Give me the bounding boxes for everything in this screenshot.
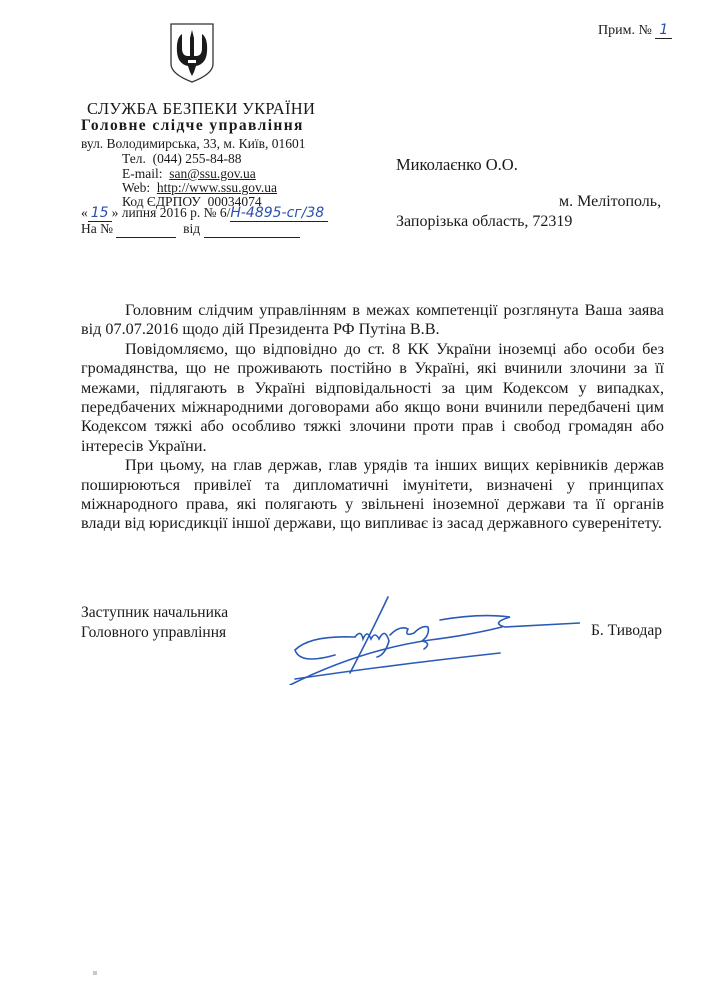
title-line-1: Заступник начальника: [81, 603, 228, 623]
reply-to-blank: [116, 221, 176, 238]
letter-body: Головним слідчим управлінням в межах ком…: [81, 301, 664, 534]
reference-number: Прим. № 1: [598, 22, 672, 39]
phone-line: Тел. (044) 255-84-88: [122, 151, 241, 167]
date-day: 15: [88, 205, 112, 222]
reply-from-blank: [204, 221, 300, 238]
organization-address: вул. Володимирська, 33, м. Київ, 01601: [81, 136, 305, 152]
trident-emblem-icon: [168, 22, 216, 84]
signatory-name: Б. Тиводар: [591, 622, 662, 640]
paragraph: Головним слідчим управлінням в межах ком…: [81, 301, 664, 340]
paragraph: Повідомляємо, що відповідно до ст. 8 КК …: [81, 340, 664, 456]
organization-name: СЛУЖБА БЕЗПЕКИ УКРАЇНИ: [87, 99, 315, 119]
reference-label: Прим. №: [598, 23, 652, 38]
email-link[interactable]: san@ssu.gov.ua: [169, 166, 256, 181]
signatory-title: Заступник начальника Головного управлінн…: [81, 603, 228, 643]
reply-to-label: На №: [81, 221, 113, 236]
reply-from-label: від: [183, 221, 200, 236]
reference-value: 1: [655, 22, 672, 39]
quote-close: »: [112, 205, 119, 220]
recipient-region: Запорізька область, 72319: [396, 213, 572, 231]
phone-number: (044) 255-84-88: [153, 151, 242, 166]
department-name: Головне слідче управління: [81, 117, 304, 135]
outgoing-date-line: «15» липня 2016 р. № 6/Н-4895-сг/38: [81, 205, 328, 222]
recipient-name: Миколаєнко О.О.: [396, 155, 518, 175]
title-line-2: Головного управління: [81, 623, 228, 643]
email-label: E-mail:: [122, 166, 163, 181]
outgoing-number: Н-4895-сг/38: [230, 205, 328, 222]
recipient-city: м. Мелітополь,: [559, 193, 661, 211]
paragraph: При цьому, на глав держав, глав урядів т…: [81, 456, 664, 534]
web-label: Web:: [122, 180, 150, 195]
quote-open: «: [81, 205, 88, 220]
date-rest: липня 2016 р. № 6/: [122, 205, 231, 220]
reply-to-line: На № від: [81, 221, 300, 238]
web-link[interactable]: http://www.ssu.gov.ua: [157, 180, 277, 195]
scan-speck: [93, 971, 97, 975]
phone-label: Тел.: [122, 151, 146, 166]
handwritten-signature: [240, 595, 580, 685]
